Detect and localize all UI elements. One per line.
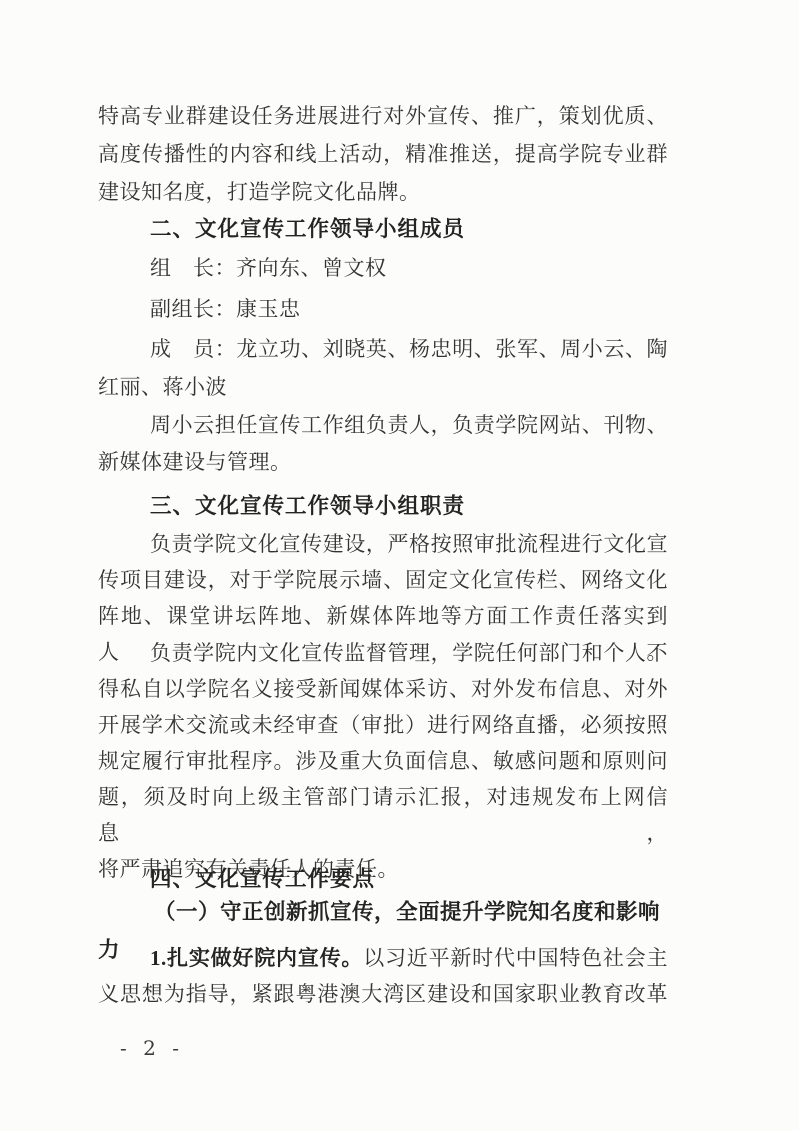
text-segment: 以习近平新时代中国特色社会主: [363, 946, 668, 970]
text-line: 负责学院文化宣传建设，严格按照审批流程进行文化宣: [98, 526, 668, 562]
text-segment: 规定履行审批程序。涉及重大负面信息、敏感问题和原则问: [98, 749, 668, 773]
text-segment: 副组长：康玉忠: [150, 297, 301, 321]
text-line: 规定履行审批程序。涉及重大负面信息、敏感问题和原则问: [98, 743, 668, 779]
text-line: 成 员：龙立功、刘晓英、杨忠明、张军、周小云、陶: [98, 330, 668, 368]
text-segment: 建设知名度，打造学院文化品牌。: [98, 180, 421, 204]
text-line: 副组长：康玉忠: [98, 290, 668, 328]
paragraph: 特高专业群建设任务进展进行对外宣传、推广，策划优质、高度传播性的内容和线上活动，…: [98, 97, 668, 211]
text-segment: 高度传播性的内容和线上活动，精准推送，提高学院专业群: [98, 142, 668, 166]
text-line: 题，须及时向上级主管部门请示汇报，对违规发布上网信息，: [98, 779, 668, 851]
text-line: 新媒体建设与管理。: [98, 444, 668, 481]
text-segment: 传项目建设，对于学院展示墙、固定文化宣传栏、网络文化: [98, 568, 668, 592]
paragraph: 副组长：康玉忠: [98, 290, 668, 328]
text-segment: 三、文化宣传工作领导小组职责: [150, 494, 465, 518]
text-line: 周小云担任宣传工作组负责人，负责学院网站、刊物、: [98, 407, 668, 444]
section-heading: 三、文化宣传工作领导小组职责: [98, 487, 668, 525]
text-segment: 得私自以学院名义接受新闻媒体采访、对外发布信息、对外: [98, 677, 668, 701]
text-line: 传项目建设，对于学院展示墙、固定文化宣传栏、网络文化: [98, 562, 668, 598]
text-segment: 组 长：齐向东、曾文权: [150, 256, 387, 280]
paragraph: 周小云担任宣传工作组负责人，负责学院网站、刊物、新媒体建设与管理。: [98, 407, 668, 481]
text-line: 负责学院内文化宣传监督管理，学院任何部门和个人不: [98, 635, 668, 671]
section-heading: 二、文化宣传工作领导小组成员: [98, 210, 668, 248]
paragraph: 负责学院内文化宣传监督管理，学院任何部门和个人不得私自以学院名义接受新闻媒体采访…: [98, 635, 668, 887]
text-line: 二、文化宣传工作领导小组成员: [98, 210, 668, 248]
text-line: 三、文化宣传工作领导小组职责: [98, 487, 668, 525]
text-segment: 二、文化宣传工作领导小组成员: [150, 217, 465, 241]
paragraph: 1.扎实做好院内宣传。以习近平新时代中国特色社会主义思想为指导，紧跟粤港澳大湾区…: [98, 940, 668, 1012]
paragraph: 成 员：龙立功、刘晓英、杨忠明、张军、周小云、陶红丽、蒋小波: [98, 330, 668, 406]
text-line: 高度传播性的内容和线上活动，精准推送，提高学院专业群: [98, 135, 668, 173]
text-segment: 开展学术交流或未经审查（审批）进行网络直播，必须按照: [98, 713, 668, 737]
text-segment: 红丽、蒋小波: [98, 375, 227, 399]
text-line: 1.扎实做好院内宣传。以习近平新时代中国特色社会主: [98, 940, 668, 976]
text-segment: 四、文化宣传工作要点: [150, 867, 375, 891]
text-line: 得私自以学院名义接受新闻媒体采访、对外发布信息、对外: [98, 671, 668, 707]
text-segment: 负责学院文化宣传建设，严格按照审批流程进行文化宣: [150, 532, 668, 556]
text-line: 开展学术交流或未经审查（审批）进行网络直播，必须按照: [98, 707, 668, 743]
text-segment: 特高专业群建设任务进展进行对外宣传、推广，策划优质、: [98, 104, 668, 128]
text-line: 建设知名度，打造学院文化品牌。: [98, 173, 668, 211]
document-page: 特高专业群建设任务进展进行对外宣传、推广，策划优质、高度传播性的内容和线上活动，…: [0, 0, 799, 1131]
text-segment: 负责学院内文化宣传监督管理，学院任何部门和个人不: [150, 641, 668, 665]
bold-lead-text: 1.扎实做好院内宣传。: [150, 946, 363, 970]
text-line: 特高专业群建设任务进展进行对外宣传、推广，策划优质、: [98, 97, 668, 135]
text-line: 组 长：齐向东、曾文权: [98, 249, 668, 287]
page-number: - 2 -: [120, 1036, 184, 1060]
text-segment: 周小云担任宣传工作组负责人，负责学院网站、刊物、: [150, 413, 668, 437]
document-body: 特高专业群建设任务进展进行对外宣传、推广，策划优质、高度传播性的内容和线上活动，…: [0, 0, 799, 1131]
text-line: 义思想为指导，紧跟粤港澳大湾区建设和国家职业教育改革: [98, 976, 668, 1012]
text-segment: 成 员：龙立功、刘晓英、杨忠明、张军、周小云、陶: [150, 337, 668, 361]
text-segment: 题，须及时向上级主管部门请示汇报，对违规发布上网信息，: [98, 785, 668, 845]
paragraph: 组 长：齐向东、曾文权: [98, 249, 668, 287]
text-segment: 新媒体建设与管理。: [98, 450, 292, 474]
text-segment: 义思想为指导，紧跟粤港澳大湾区建设和国家职业教育改革: [98, 982, 668, 1006]
text-line: 红丽、蒋小波: [98, 368, 668, 406]
